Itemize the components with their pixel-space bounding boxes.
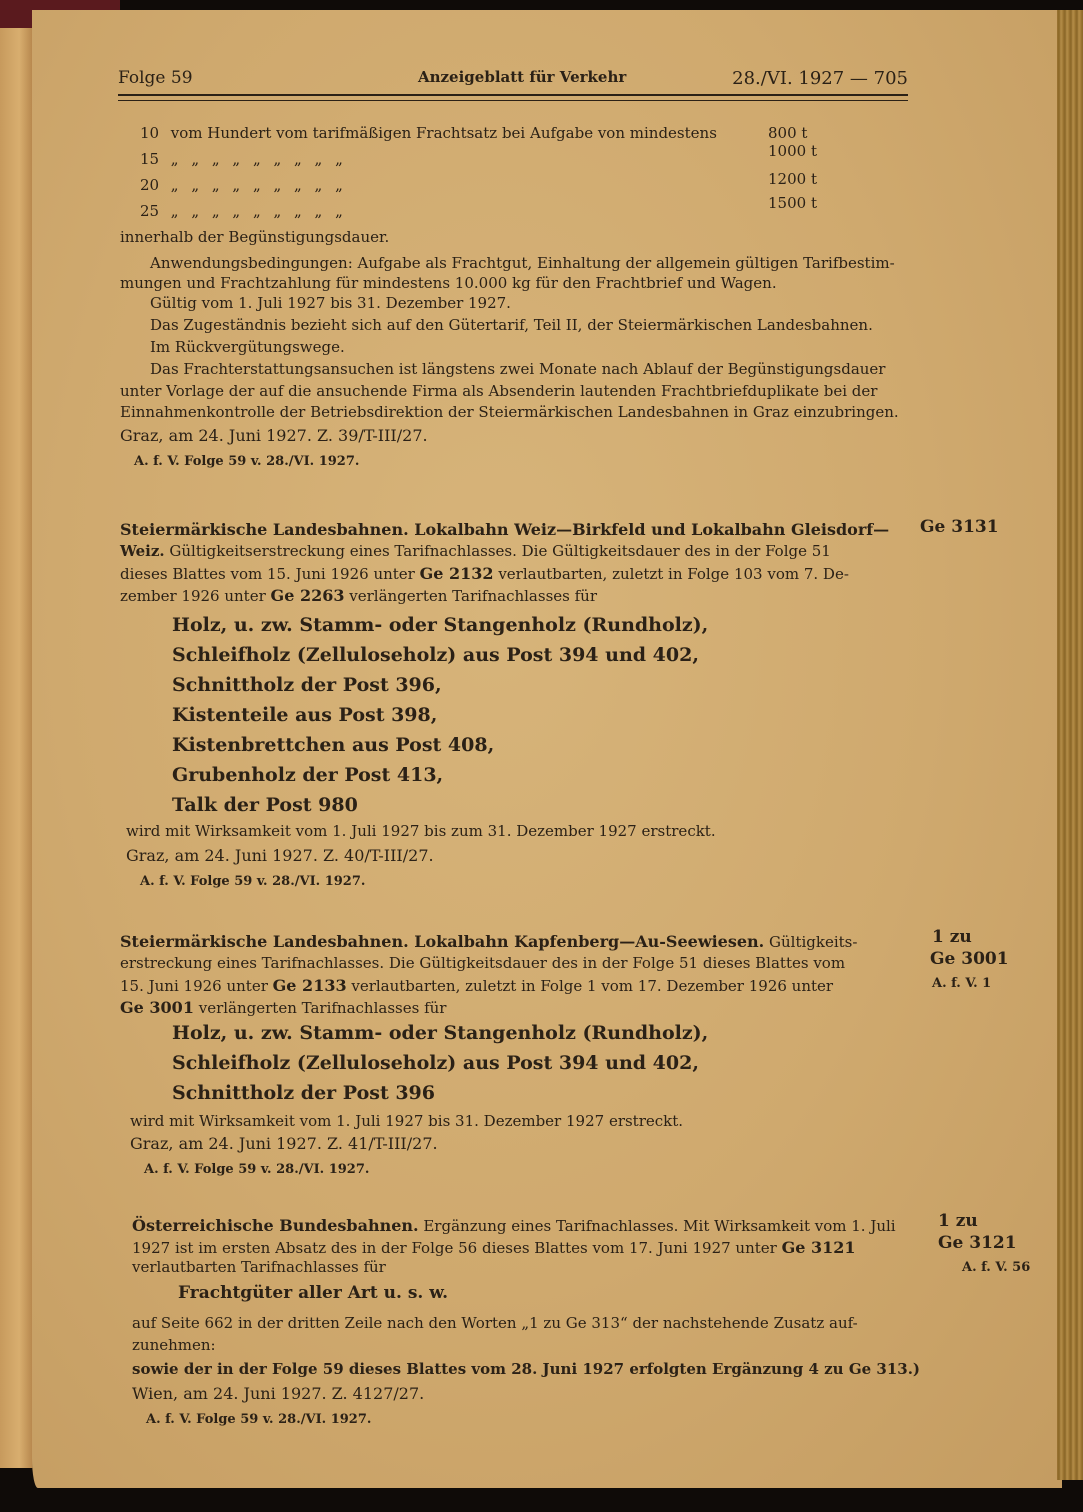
publication-title: Anzeigeblatt für Verkehr <box>418 68 626 86</box>
goods-item: Holz, u. zw. Stamm- oder Stangenholz (Ru… <box>172 1022 708 1045</box>
goods-item: Schnittholz der Post 396 <box>172 1082 435 1105</box>
goods-item: Schnittholz der Post 396, <box>172 674 442 697</box>
section-title: Steiermärkische Landesbahnen. Lokalbahn … <box>120 518 889 541</box>
publication-reference: A. f. V. Folge 59 v. 28./VI. 1927. <box>144 1158 369 1181</box>
margin-note: Ge 3001 <box>930 948 1009 971</box>
header-rule <box>118 94 908 101</box>
paragraph-text: Ge 3001 verlängerten Tarifnachlasses für <box>120 996 446 1020</box>
paragraph-text: Das Frachterstattungsansuchen ist längst… <box>150 358 885 381</box>
paragraph-text: unter Vorlage der auf die ansuchende Fir… <box>120 380 877 403</box>
publication-reference: A. f. V. Folge 59 v. 28./VI. 1927. <box>140 870 365 893</box>
signature-line: Graz, am 24. Juni 1927. Z. 39/T-III/27. <box>120 424 428 447</box>
paragraph-text: zember 1926 unter Ge 2263 verlängerten T… <box>120 584 597 608</box>
paragraph-text: innerhalb der Begünstigungsdauer. <box>120 226 389 249</box>
amendment-text: sowie der in der Folge 59 dieses Blattes… <box>132 1358 920 1381</box>
signature-line: Wien, am 24. Juni 1927. Z. 4127/27. <box>132 1382 424 1405</box>
paragraph-text: erstreckung eines Tarifnachlasses. Die G… <box>120 952 845 975</box>
goods-item: Kistenbrettchen aus Post 408, <box>172 734 494 757</box>
publication-reference: A. f. V. Folge 59 v. 28./VI. 1927. <box>146 1408 371 1431</box>
paragraph-text: Steiermärkische Landesbahnen. Lokalbahn … <box>120 930 857 954</box>
paragraph-text: Im Rückvergütungswege. <box>150 336 345 359</box>
goods-item: Schleifholz (Zelluloseholz) aus Post 394… <box>172 644 699 667</box>
goods-item: Frachtgüter aller Art u. s. w. <box>178 1282 448 1305</box>
paragraph-text: auf Seite 662 in der dritten Zeile nach … <box>132 1312 858 1335</box>
discount-row: 25 „ „ „ „ „ „ „ „ „ 1500 t <box>140 200 347 223</box>
page-stack-edge <box>1057 10 1083 1480</box>
discount-row: 20 „ „ „ „ „ „ „ „ „ 1200 t <box>140 174 347 197</box>
goods-item: Talk der Post 980 <box>172 794 358 817</box>
signature-line: Graz, am 24. Juni 1927. Z. 40/T-III/27. <box>126 844 434 867</box>
margin-note: A. f. V. 1 <box>932 972 991 995</box>
issue-number: Folge 59 <box>118 68 193 88</box>
goods-item: Holz, u. zw. Stamm- oder Stangenholz (Ru… <box>172 614 708 637</box>
signature-line: Graz, am 24. Juni 1927. Z. 41/T-III/27. <box>130 1132 438 1155</box>
goods-item: Kistenteile aus Post 398, <box>172 704 437 727</box>
paragraph-text: zunehmen: <box>132 1334 216 1357</box>
paragraph-text: 15. Juni 1926 unter Ge 2133 verlautbarte… <box>120 974 833 998</box>
margin-note: Ge 3121 <box>938 1232 1017 1255</box>
paragraph-text: wird mit Wirksamkeit vom 1. Juli 1927 bi… <box>126 820 716 843</box>
paragraph-text: verlautbarten Tarifnachlasses für <box>132 1256 386 1279</box>
validity-text: Gültig vom 1. Juli 1927 bis 31. Dezember… <box>150 292 511 315</box>
publication-reference: A. f. V. Folge 59 v. 28./VI. 1927. <box>134 450 359 473</box>
margin-note: Ge 3131 <box>920 516 999 539</box>
date-page-number: 28./VI. 1927 — 705 <box>732 68 908 89</box>
margin-note: A. f. V. 56 <box>962 1256 1030 1279</box>
goods-item: Schleifholz (Zelluloseholz) aus Post 394… <box>172 1052 699 1075</box>
paragraph-text: dieses Blattes vom 15. Juni 1926 unter G… <box>120 562 849 586</box>
discount-row: 10 vom Hundert vom tarifmäßigen Frachtsa… <box>140 122 717 145</box>
margin-note: 1 zu <box>938 1210 978 1233</box>
discount-row: 15 „ „ „ „ „ „ „ „ „ 1000 t <box>140 148 347 171</box>
paragraph-text: Österreichische Bundesbahnen. Ergänzung … <box>132 1214 896 1238</box>
paragraph-text: wird mit Wirksamkeit vom 1. Juli 1927 bi… <box>130 1110 683 1133</box>
paragraph-text: Weiz. Gültigkeitserstreckung eines Tarif… <box>120 540 831 563</box>
running-header: Folge 59 Anzeigeblatt für Verkehr 28./VI… <box>118 68 908 94</box>
left-page-edge <box>0 28 33 1468</box>
paragraph-text: Das Zugeständnis bezieht sich auf den Gü… <box>150 314 873 337</box>
goods-item: Grubenholz der Post 413, <box>172 764 443 787</box>
paragraph-text: Einnahmenkontrolle der Betriebsdirektion… <box>120 401 899 424</box>
margin-note: 1 zu <box>932 926 972 949</box>
